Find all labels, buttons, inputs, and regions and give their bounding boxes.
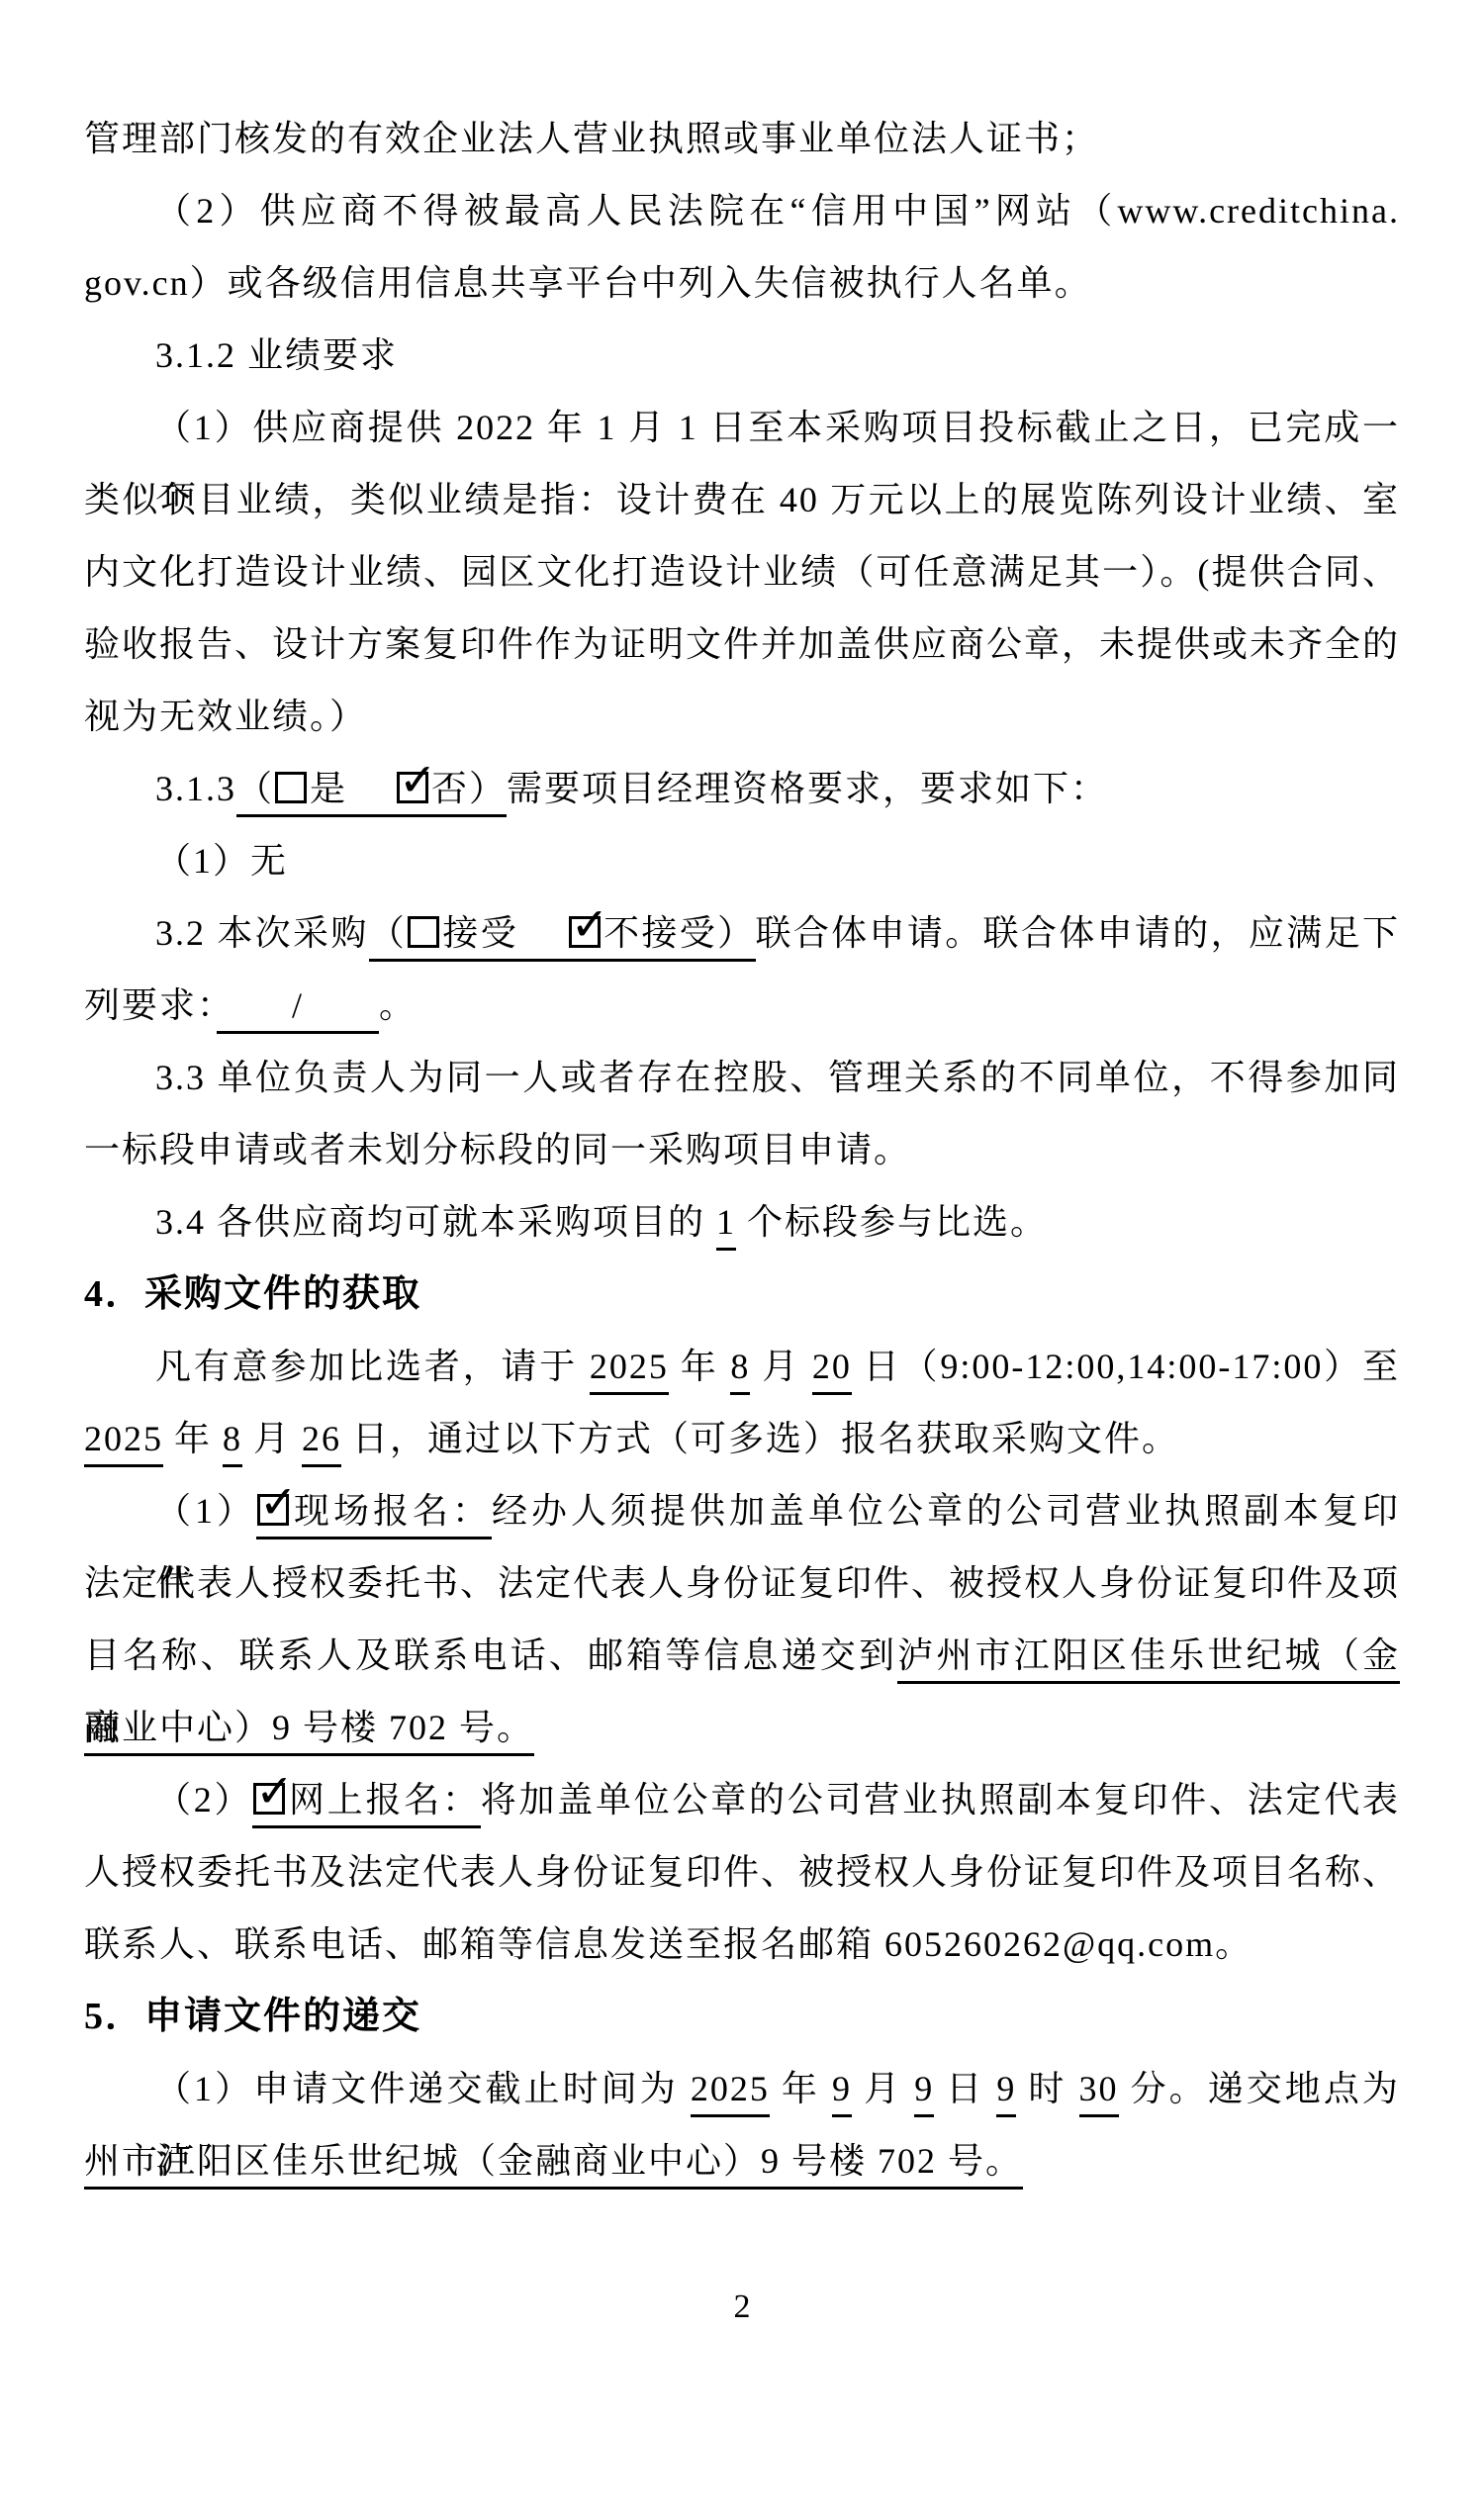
text-run: 凡有意参加比选者，请于 — [155, 1347, 590, 1386]
document-page: 管理部门核发的有效企业法人营业执照或事业单位法人证书；（2）供应商不得被最高人民… — [0, 0, 1484, 2343]
text-run: （2）供应商不得被最高人民法院在“信用中国”网站（www.creditchina… — [155, 191, 1400, 231]
text-run: 管理部门核发的有效企业法人营业执照或事业单位法人证书； — [84, 119, 1099, 158]
underlined-text: 8 — [730, 1347, 750, 1395]
line-qualification-cont: 管理部门核发的有效企业法人营业执照或事业单位法人证书； — [84, 103, 1400, 175]
underlined-text: （ — [236, 769, 274, 817]
text-run: 月 — [242, 1419, 302, 1458]
text-run: 4．采购文件的获取 — [84, 1273, 421, 1315]
checkbox-run — [407, 913, 442, 962]
checkbox-unchecked-icon — [408, 916, 439, 948]
text-run: （1） — [155, 1491, 256, 1531]
line-performance-4: 验收报告、设计方案复印件作为证明文件并加盖供应商公章，未提供或未齐全的 — [84, 608, 1400, 681]
text-run: 。 — [379, 985, 417, 1025]
document-body: 管理部门核发的有效企业法人营业执照或事业单位法人证书；（2）供应商不得被最高人民… — [84, 103, 1400, 2197]
text-run: 日，通过以下方式（可多选）报名获取采购文件。 — [341, 1419, 1179, 1458]
text-run: 3.3 单位负责人为同一人或者存在控股、管理关系的不同单位，不得参加同 — [155, 1058, 1400, 1097]
text-run: 日（9:00-12:00,14:00-17:00）至 — [852, 1347, 1400, 1386]
underlined-text: 9 — [914, 2069, 934, 2117]
line-onsite-registration-4: 商业中心）9 号楼 702 号。 — [84, 1692, 1400, 1764]
line-performance-5: 视为无效业绩。） — [84, 681, 1400, 753]
checkbox-checked-icon — [253, 1783, 285, 1815]
text-run: 年 — [163, 1419, 223, 1458]
text-run: 列要求： — [84, 985, 217, 1025]
checkbox-unchecked-icon — [275, 772, 307, 803]
text-run: 年 — [770, 2069, 832, 2108]
text-run: 月 — [750, 1347, 811, 1386]
checkbox-run — [568, 913, 603, 962]
line-onsite-registration-2: 法定代表人授权委托书、法定代表人身份证复印件、被授权人身份证复印件及项 — [84, 1547, 1400, 1620]
text-run: 内文化打造设计业绩、园区文化打造设计业绩（可任意满足其一）。(提供合同、 — [84, 552, 1400, 592]
line-credit-china-cont: gov.cn）或各级信用信息共享平台中列入失信被执行人名单。 — [84, 247, 1400, 320]
line-obtain-docs-2: 2025 年 8 月 26 日，通过以下方式（可多选）报名获取采购文件。 — [84, 1403, 1400, 1475]
text-run: 个标段参与比选。 — [736, 1202, 1048, 1242]
line-onsite-registration-3: 目名称、联系人及联系电话、邮箱等信息递交到泸州市江阳区佳乐世纪城（金融 — [84, 1620, 1400, 1692]
checkbox-checked-icon — [257, 1494, 289, 1526]
text-run: 分。递交地点为 — [1119, 2069, 1400, 2108]
text-run: 类似项目业绩，类似业绩是指：设计费在 40 万元以上的展览陈列设计业绩、室 — [84, 480, 1400, 519]
underlined-text: 2025 — [84, 1419, 163, 1467]
line-3-1-3-project-manager: 3.1.3（是 否）需要项目经理资格要求，要求如下： — [84, 753, 1400, 825]
underlined-text: 1 — [716, 1202, 736, 1251]
text-run: （1）申请文件递交截止时间为 — [155, 2069, 691, 2108]
checkbox-run — [396, 769, 431, 817]
line-3-3: 3.3 单位负责人为同一人或者存在控股、管理关系的不同单位，不得参加同 — [84, 1042, 1400, 1114]
line-performance-3: 内文化打造设计业绩、园区文化打造设计业绩（可任意满足其一）。(提供合同、 — [84, 536, 1400, 608]
text-run: 目名称、联系人及联系电话、邮箱等信息递交到 — [84, 1635, 897, 1675]
text-run: 3.2 本次采购 — [155, 913, 369, 953]
checkbox-run — [274, 769, 310, 817]
checkbox-checked-icon — [397, 772, 428, 803]
text-run: 5．申请文件的递交 — [84, 1996, 421, 2037]
text-run: 3.1.2 业绩要求 — [155, 335, 398, 375]
line-online-registration-2: 人授权委托书及法定代表人身份证复印件、被授权人身份证复印件及项目名称、 — [84, 1836, 1400, 1909]
text-run: 需要项目经理资格要求，要求如下： — [507, 769, 1108, 808]
text-run: 联合体申请。联合体申请的，应满足下 — [756, 913, 1400, 953]
checkbox-run — [256, 1491, 292, 1539]
underlined-text: / — [217, 985, 379, 1034]
underlined-text: 2025 — [691, 2069, 770, 2117]
text-run: 人授权委托书及法定代表人身份证复印件、被授权人身份证复印件及项目名称、 — [84, 1852, 1400, 1892]
line-performance-2: 类似项目业绩，类似业绩是指：设计费在 40 万元以上的展览陈列设计业绩、室 — [84, 464, 1400, 536]
text-run: 一标段申请或者未划分标段的同一采购项目申请。 — [84, 1130, 911, 1169]
text-run: 3.1.3 — [155, 769, 236, 808]
line-3-2-consortium: 3.2 本次采购（接受 不接受）联合体申请。联合体申请的，应满足下 — [84, 897, 1400, 970]
checkbox-checked-icon — [569, 916, 601, 948]
underlined-text: 商业中心）9 号楼 702 号。 — [84, 1708, 534, 1756]
page-number: 2 — [84, 2271, 1400, 2343]
underlined-text: （ — [369, 913, 407, 962]
text-run: 时 — [1016, 2069, 1078, 2108]
line-submission-deadline-1: （1）申请文件递交截止时间为 2025 年 9 月 9 日 9 时 30 分。递… — [84, 2053, 1400, 2125]
text-run: （1）无 — [155, 841, 288, 881]
text-run: 3.4 各供应商均可就本采购项目的 — [155, 1202, 716, 1242]
underlined-text: 9 — [832, 2069, 852, 2117]
line-3-4: 3.4 各供应商均可就本采购项目的 1 个标段参与比选。 — [84, 1186, 1400, 1259]
underlined-text: 州市江阳区佳乐世纪城（金融商业中心）9 号楼 702 号。 — [84, 2141, 1023, 2190]
underlined-text: 现场报名： — [292, 1491, 492, 1539]
text-run: gov.cn）或各级信用信息共享平台中列入失信被执行人名单。 — [84, 263, 1092, 303]
underlined-text: 是 — [310, 769, 396, 817]
text-run: 月 — [852, 2069, 914, 2108]
text-run: 验收报告、设计方案复印件作为证明文件并加盖供应商公章，未提供或未齐全的 — [84, 624, 1400, 664]
line-none: （1）无 — [84, 825, 1400, 897]
line-3-2-cont: 列要求： / 。 — [84, 970, 1400, 1042]
line-onsite-registration-1: （1）现场报名：经办人须提供加盖单位公章的公司营业执照副本复印件、 — [84, 1475, 1400, 1547]
underlined-text: 9 — [996, 2069, 1016, 2117]
section-5-heading: 5．申请文件的递交 — [84, 1981, 1400, 2053]
underlined-text: 不接受） — [603, 913, 756, 962]
text-run: 将加盖单位公章的公司营业执照副本复印件、法定代表 — [481, 1780, 1400, 1819]
text-run: 视为无效业绩。） — [84, 697, 367, 736]
underlined-text: 20 — [812, 1347, 852, 1395]
line-credit-china: （2）供应商不得被最高人民法院在“信用中国”网站（www.creditchina… — [84, 175, 1400, 247]
section-4-heading: 4．采购文件的获取 — [84, 1259, 1400, 1331]
text-run: 年 — [669, 1347, 730, 1386]
underlined-text: 26 — [302, 1419, 341, 1467]
text-run: （2） — [155, 1780, 252, 1819]
underlined-text: 接受 — [442, 913, 568, 962]
checkbox-run — [252, 1780, 288, 1828]
line-performance-1: （1）供应商提供 2022 年 1 月 1 日至本采购项目投标截止之日，已完成一… — [84, 392, 1400, 464]
underlined-text: 网上报名： — [288, 1780, 481, 1828]
underlined-text: 30 — [1079, 2069, 1119, 2117]
text-run: 法定代表人授权委托书、法定代表人身份证复印件、被授权人身份证复印件及项 — [84, 1563, 1400, 1603]
text-run: 联系人、联系电话、邮箱等信息发送至报名邮箱 605260262@qq.com。 — [84, 1924, 1252, 1964]
line-online-registration-1: （2）网上报名：将加盖单位公章的公司营业执照副本复印件、法定代表 — [84, 1764, 1400, 1836]
underlined-text: 否） — [431, 769, 507, 817]
section-3-1-2-heading: 3.1.2 业绩要求 — [84, 320, 1400, 392]
text-run: 日 — [934, 2069, 996, 2108]
line-online-registration-3: 联系人、联系电话、邮箱等信息发送至报名邮箱 605260262@qq.com。 — [84, 1909, 1400, 1981]
line-3-3-cont: 一标段申请或者未划分标段的同一采购项目申请。 — [84, 1114, 1400, 1186]
line-submission-deadline-2: 州市江阳区佳乐世纪城（金融商业中心）9 号楼 702 号。 — [84, 2125, 1400, 2197]
line-obtain-docs-1: 凡有意参加比选者，请于 2025 年 8 月 20 日（9:00-12:00,1… — [84, 1331, 1400, 1403]
underlined-text: 2025 — [590, 1347, 669, 1395]
underlined-text: 8 — [223, 1419, 242, 1467]
